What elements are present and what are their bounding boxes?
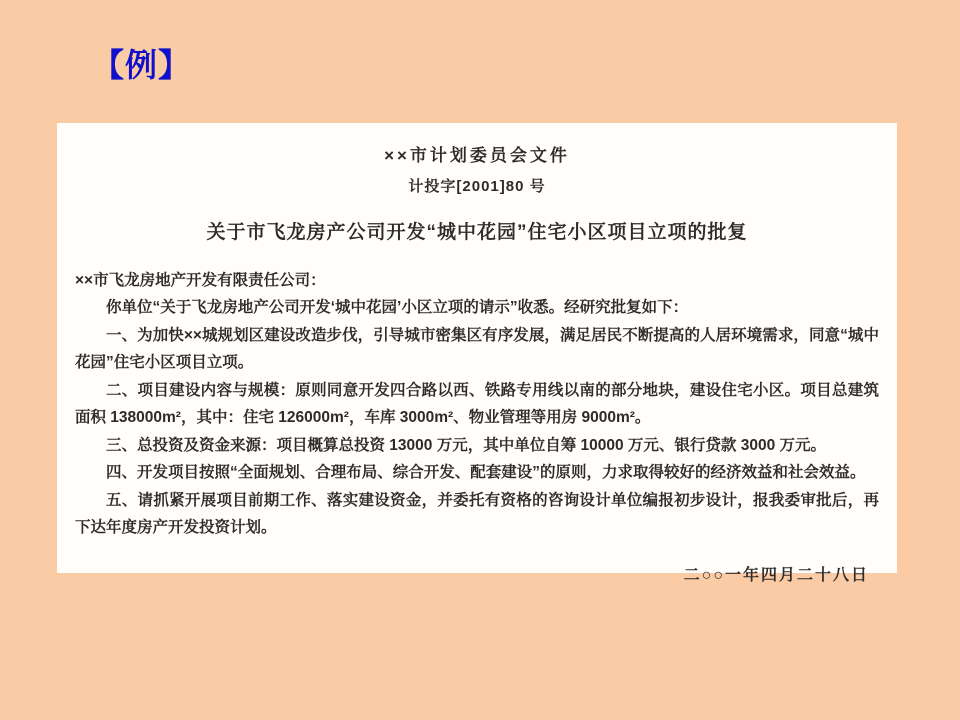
document-item-1: 一、为加快××城规划区建设改造步伐，引导城市密集区有序发展，满足居民不断提高的人… bbox=[75, 322, 879, 377]
document-item-4: 四、开发项目按照“全面规划、合理布局、综合开发、配套建设”的原则，力求取得较好的… bbox=[75, 459, 879, 487]
example-label: 【例】 bbox=[92, 40, 191, 86]
document-title: 关于市飞龙房产公司开发“城中花园”住宅小区项目立项的批复 bbox=[75, 217, 879, 244]
document-item-5: 五、请抓紧开展项目前期工作、落实建设资金，并委托有资格的咨询设计单位编报初步设计… bbox=[75, 487, 879, 542]
document-item-2: 二、项目建设内容与规模：原则同意开发四合路以西、铁路专用线以南的部分地块，建设住… bbox=[75, 377, 879, 432]
document-salutation: ××市飞龙房地产开发有限责任公司： bbox=[75, 268, 879, 290]
document-number: 计投字[2001]80 号 bbox=[75, 175, 879, 196]
document-issuer: ××市计划委员会文件 bbox=[75, 141, 879, 166]
document-item-3: 三、总投资及资金来源：项目概算总投资 13000 万元，其中单位自筹 10000… bbox=[75, 432, 879, 460]
slide: 【例】 ××市计划委员会文件 计投字[2001]80 号 关于市飞龙房产公司开发… bbox=[0, 0, 960, 720]
scanned-document: ××市计划委员会文件 计投字[2001]80 号 关于市飞龙房产公司开发“城中花… bbox=[57, 123, 897, 573]
document-intro: 你单位“关于飞龙房地产公司开发‘城中花园’小区立项的请示”收悉。经研究批复如下： bbox=[75, 294, 879, 322]
document-date: 二○○一年四月二十八日 bbox=[75, 562, 879, 585]
